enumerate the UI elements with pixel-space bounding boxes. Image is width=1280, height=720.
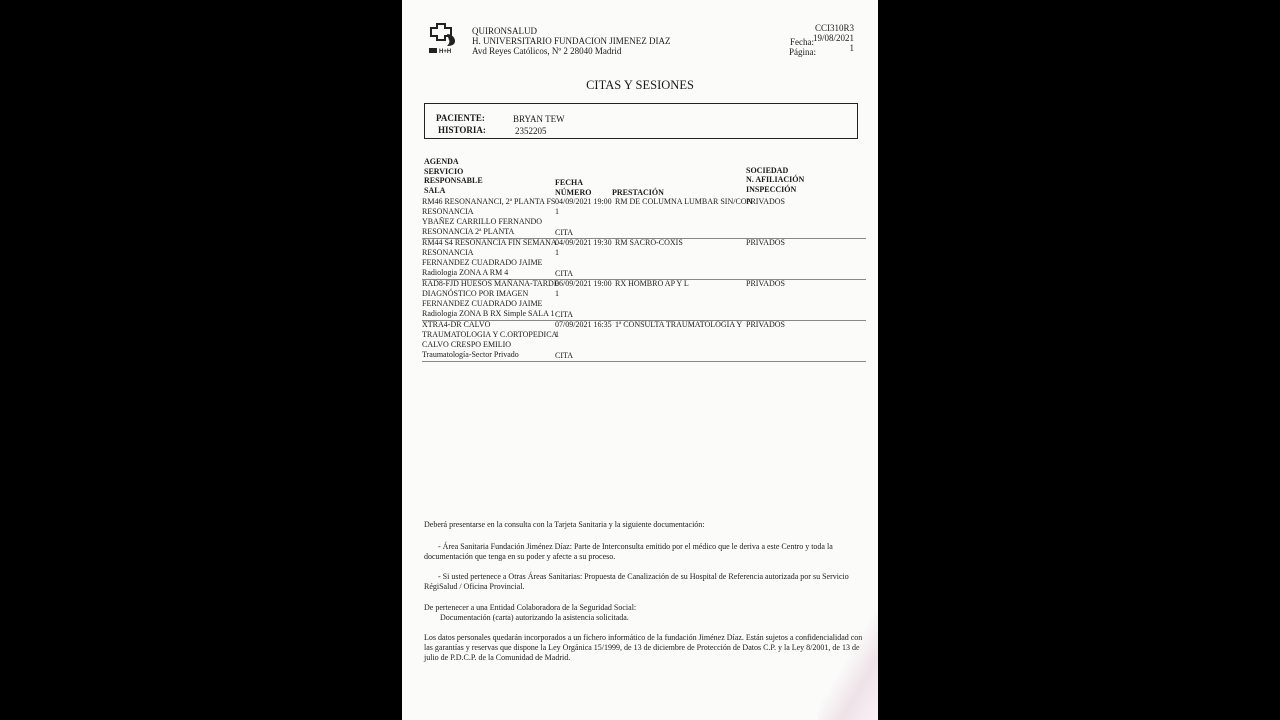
cell-sala: Radiologia ZONA A RM 4 [422,268,508,278]
cell-numero: 1 [555,330,559,340]
header-sociedad: SOCIEDADN. AFILIACIÓNINSPECCIÓN [746,166,804,195]
history-label: HISTORIA: [438,125,486,135]
cell-sala: RESONANCIA 2ª PLANTA [422,227,514,237]
cell-tipo: CITA [555,228,573,238]
patient-name: BRYAN TEW [513,114,565,124]
cell-servicio: RESONANCIA [422,248,474,258]
cell-servicio: RESONANCIA [422,207,474,217]
note-entity: De pertenecer a una Entidad Colaboradora… [424,603,864,613]
cell-sala: Radiologia ZONA B RX Simple SALA 1 [422,309,554,319]
cell-agenda: XTRA4-DR CALVO [422,320,490,330]
header-fecha: FECHANÚMERO [555,178,591,197]
page-label: Página: [789,47,816,57]
cell-fecha: 06/09/2021 19:00 [555,279,612,289]
cell-tipo: CITA [555,269,573,279]
hospital-logo-icon: H+H [427,22,463,58]
note-entity-doc: Documentación (carta) autorizando la asi… [440,613,878,623]
header-agenda: AGENDASERVICIORESPONSABLESALA [424,157,483,195]
cell-agenda: RM46 RESONANANCI, 2ª PLANTA FS [422,197,555,207]
cell-responsable: YBAÑEZ CARRILLO FERNANDO [422,217,542,227]
note-intro: Deberá presentarse en la consulta con la… [424,520,864,530]
cell-numero: 1 [555,248,559,258]
document-code: CCI310R3 [813,23,854,33]
cell-agenda: RAD8-FJD HUESOS MAÑANA-TARDE [422,279,559,289]
hospital-header: QUIRONSALUD H. UNIVERSITARIO FUNDACION J… [472,26,671,56]
date-label: Fecha: [790,37,814,47]
note-area-fjd: - Área Sanitaria Fundación Jiménez Díaz:… [424,542,864,562]
cell-tipo: CITA [555,351,573,361]
org-name: QUIRONSALUD [472,26,671,36]
cell-sociedad: PRIVADOS [746,279,785,289]
cell-sociedad: PRIVADOS [746,197,785,207]
cell-responsable: FERNANDEZ CUADRADO JAIME [422,299,542,309]
cell-prestacion: RM DE COLUMNA LUMBAR SIN/CON [615,197,752,207]
document-date: 19/08/2021 [813,33,854,43]
cell-tipo: CITA [555,310,573,320]
page-title: CITAS Y SESIONES [402,78,878,93]
cell-agenda: RM44 S4 RESONANCIA FIN SEMANA [422,238,557,248]
note-other-areas: - Si usted pertenece a Otras Áreas Sanit… [424,572,864,592]
row-divider [422,361,866,362]
header-prestacion: PRESTACIÓN [612,188,664,198]
cell-prestacion: RX HOMBRO AP Y L [615,279,689,289]
cell-prestacion: 1ª CONSULTA TRAUMATOLOGIA Y [615,320,742,330]
cell-servicio: DIAGNÓSTICO POR IMAGEN [422,289,528,299]
cell-fecha: 04/09/2021 19:00 [555,197,612,207]
cell-sala: Traumatología-Sector Privado [422,350,519,360]
cell-prestacion: RM SACRO-COXIS [615,238,683,248]
patient-box: PACIENTE: BRYAN TEW HISTORIA: 2352205 [424,103,858,139]
cell-fecha: 04/09/2021 19:30 [555,238,612,248]
note-privacy: Los datos personales quedarán incorporad… [424,633,864,663]
cell-servicio: TRAUMATOLOGIA Y C.ORTOPEDICA [422,330,557,340]
svg-text:H+H: H+H [439,49,451,55]
cell-fecha: 07/09/2021 16:35 [555,320,612,330]
cell-numero: 1 [555,207,559,217]
cell-sociedad: PRIVADOS [746,238,785,248]
cell-numero: 1 [555,289,559,299]
hospital-name: H. UNIVERSITARIO FUNDACION JIMENEZ DIAZ [472,36,671,46]
cell-responsable: FERNANDEZ CUADRADO JAIME [422,258,542,268]
patient-label: PACIENTE: [436,113,485,123]
hospital-address: Avd Reyes Católicos, Nº 2 28040 Madrid [472,46,671,56]
document-meta: CCI310R3 19/08/2021 1 Fecha: Página: [813,23,854,53]
history-number: 2352205 [515,126,547,136]
document-page: H+H QUIRONSALUD H. UNIVERSITARIO FUNDACI… [402,0,878,720]
cell-sociedad: PRIVADOS [746,320,785,330]
cell-responsable: CALVO CRESPO EMILIO [422,340,511,350]
page-number: 1 [813,43,854,53]
